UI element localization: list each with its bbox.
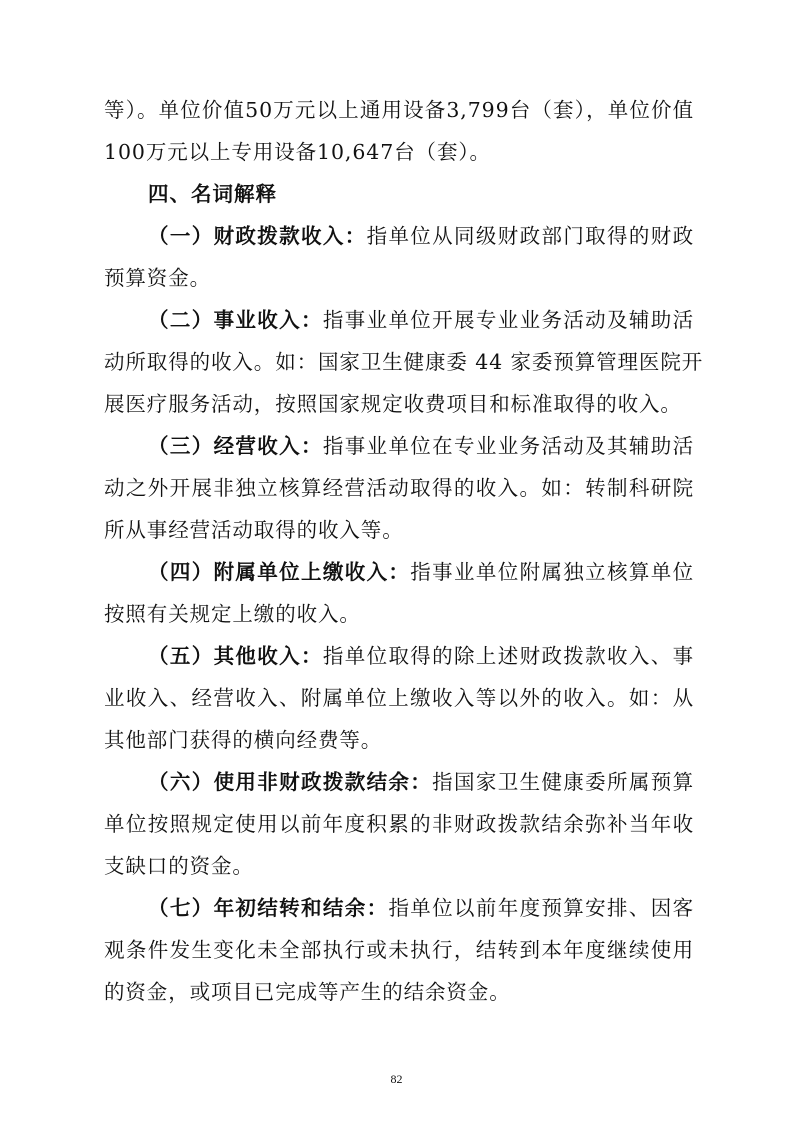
definition-5-first-line: （五）其他收入：指单位取得的除上述财政拨款收入、事: [148, 642, 694, 670]
definition-text: 指事业单位附属独立核算单位: [410, 560, 694, 584]
section-heading: 四、名词解释: [148, 180, 277, 208]
definition-text: 指单位从同级财政部门取得的财政: [367, 224, 694, 248]
intro-line-1: 等）。单位价值50万元以上通用设备3,799台（套），单位价值: [104, 96, 694, 124]
definition-4-line: 按照有关规定上缴的收入。: [104, 600, 694, 628]
definition-3-line: 所从事经营活动取得的收入等。: [104, 516, 694, 544]
intro-line-2: 100万元以上专用设备10,647台（套）。: [104, 138, 694, 166]
definition-term: （六）使用非财政拨款结余：: [148, 770, 432, 794]
definition-5-line: 业收入、经营收入、附属单位上缴收入等以外的收入。如：从: [104, 684, 694, 712]
definition-term: （四）附属单位上缴收入：: [148, 560, 410, 584]
definition-term: （七）年初结转和结余：: [148, 896, 388, 920]
definition-text: 指单位以前年度预算安排、因客: [388, 896, 694, 920]
definition-1-line: 预算资金。: [104, 264, 694, 292]
definition-text: 指事业单位开展专业业务活动及辅助活: [323, 308, 694, 332]
definition-text: 指单位取得的除上述财政拨款收入、事: [323, 644, 694, 668]
definition-term: （三）经营收入：: [148, 434, 323, 458]
definition-term: （二）事业收入：: [148, 308, 323, 332]
definition-4-first-line: （四）附属单位上缴收入：指事业单位附属独立核算单位: [148, 558, 694, 586]
definition-6-first-line: （六）使用非财政拨款结余：指国家卫生健康委所属预算: [148, 768, 694, 796]
definition-7-line: 的资金，或项目已完成等产生的结余资金。: [104, 978, 694, 1006]
definition-text: 指事业单位在专业业务活动及其辅助活: [323, 434, 694, 458]
definition-2-line: 展医疗服务活动，按照国家规定收费项目和标准取得的收入。: [104, 390, 694, 418]
definition-text: 指国家卫生健康委所属预算: [432, 770, 694, 794]
definition-6-line: 单位按照规定使用以前年度积累的非财政拨款结余弥补当年收: [104, 810, 694, 838]
definition-3-line: 动之外开展非独立核算经营活动取得的收入。如：转制科研院: [104, 474, 694, 502]
definition-2-first-line: （二）事业收入：指事业单位开展专业业务活动及辅助活: [148, 306, 694, 334]
definition-term: （一）财政拨款收入：: [148, 224, 367, 248]
definition-7-line: 观条件发生变化未全部执行或未执行，结转到本年度继续使用: [104, 936, 694, 964]
definition-5-line: 其他部门获得的横向经费等。: [104, 726, 694, 754]
page-number: 82: [0, 1072, 793, 1087]
definition-7-first-line: （七）年初结转和结余：指单位以前年度预算安排、因客: [148, 894, 694, 922]
definition-6-line: 支缺口的资金。: [104, 852, 694, 880]
definition-term: （五）其他收入：: [148, 644, 323, 668]
definition-1-first-line: （一）财政拨款收入：指单位从同级财政部门取得的财政: [148, 222, 694, 250]
document-page: 等）。单位价值50万元以上通用设备3,799台（套），单位价值 100万元以上专…: [0, 0, 793, 1122]
definition-2-line: 动所取得的收入。如：国家卫生健康委 44 家委预算管理医院开: [104, 348, 694, 376]
definition-3-first-line: （三）经营收入：指事业单位在专业业务活动及其辅助活: [148, 432, 694, 460]
